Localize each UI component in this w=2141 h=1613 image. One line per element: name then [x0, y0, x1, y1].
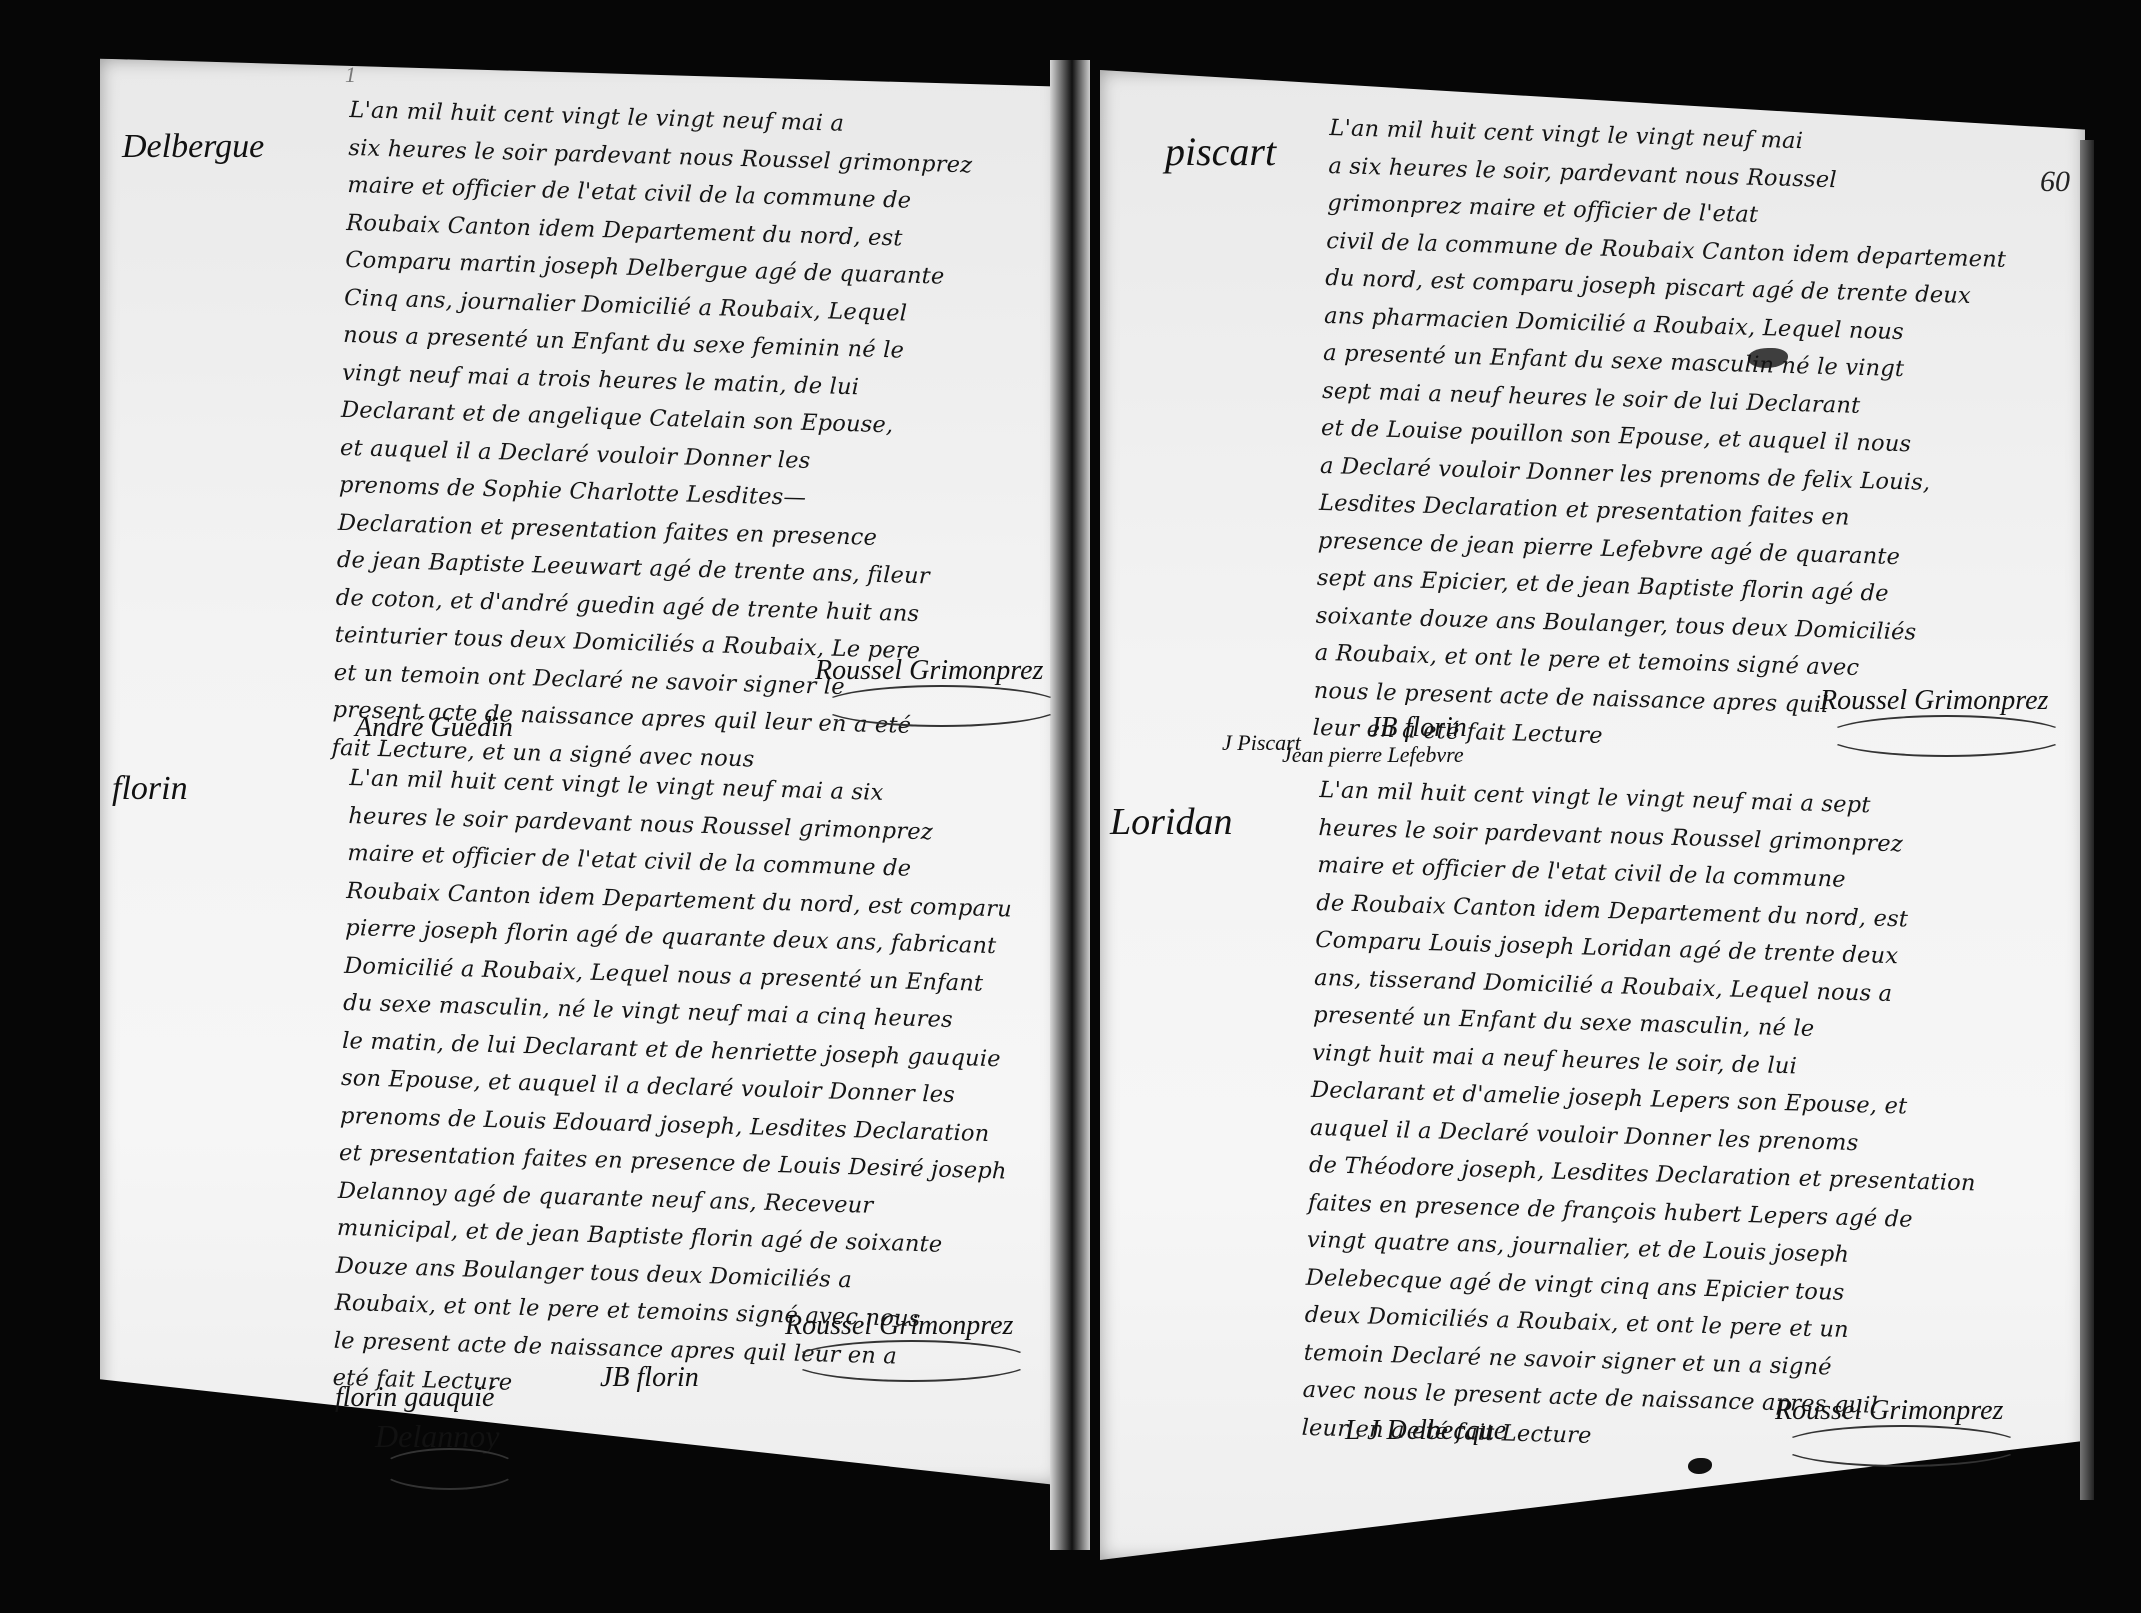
signature-mayor: Roussel Grimonprez: [785, 1310, 1013, 1342]
book-gutter: [1050, 60, 1090, 1550]
margin-name-florin: florin: [112, 770, 188, 808]
signature-witness: L J Delbecque: [1345, 1415, 1506, 1447]
signature-mayor: Roussel Grimonprez: [815, 655, 1043, 687]
birth-act-piscart: L'an mil huit cent vingt le vingt neuf m…: [1312, 110, 2010, 766]
signature-witness: Jean pierre Lefebvre: [1282, 742, 1464, 768]
signature-witness: JB florin: [1368, 712, 1467, 744]
folio-right: 60: [2040, 165, 2070, 199]
folio-left: 1: [345, 62, 356, 88]
signature-father: JB florin: [600, 1362, 699, 1394]
birth-act-loridan: L'an mil huit cent vingt le vingt neuf m…: [1301, 772, 1986, 1465]
scanned-register: 1 60 Delbergue L'an mil huit cent vingt …: [0, 0, 2141, 1613]
signature-witness: Delannoy: [375, 1418, 499, 1455]
signature-mayor: Roussel Grimonprez: [1820, 685, 2048, 717]
page-edge: [2080, 140, 2094, 1500]
margin-name-delbergue: Delbergue: [122, 128, 264, 166]
signature-witness: André Guedin: [355, 712, 513, 744]
signature-mother: florin gauquié: [335, 1382, 494, 1414]
margin-name-loridan: Loridan: [1110, 800, 1232, 844]
signature-mayor: Roussel Grimonprez: [1775, 1395, 2003, 1427]
margin-name-piscart: piscart: [1165, 128, 1276, 175]
